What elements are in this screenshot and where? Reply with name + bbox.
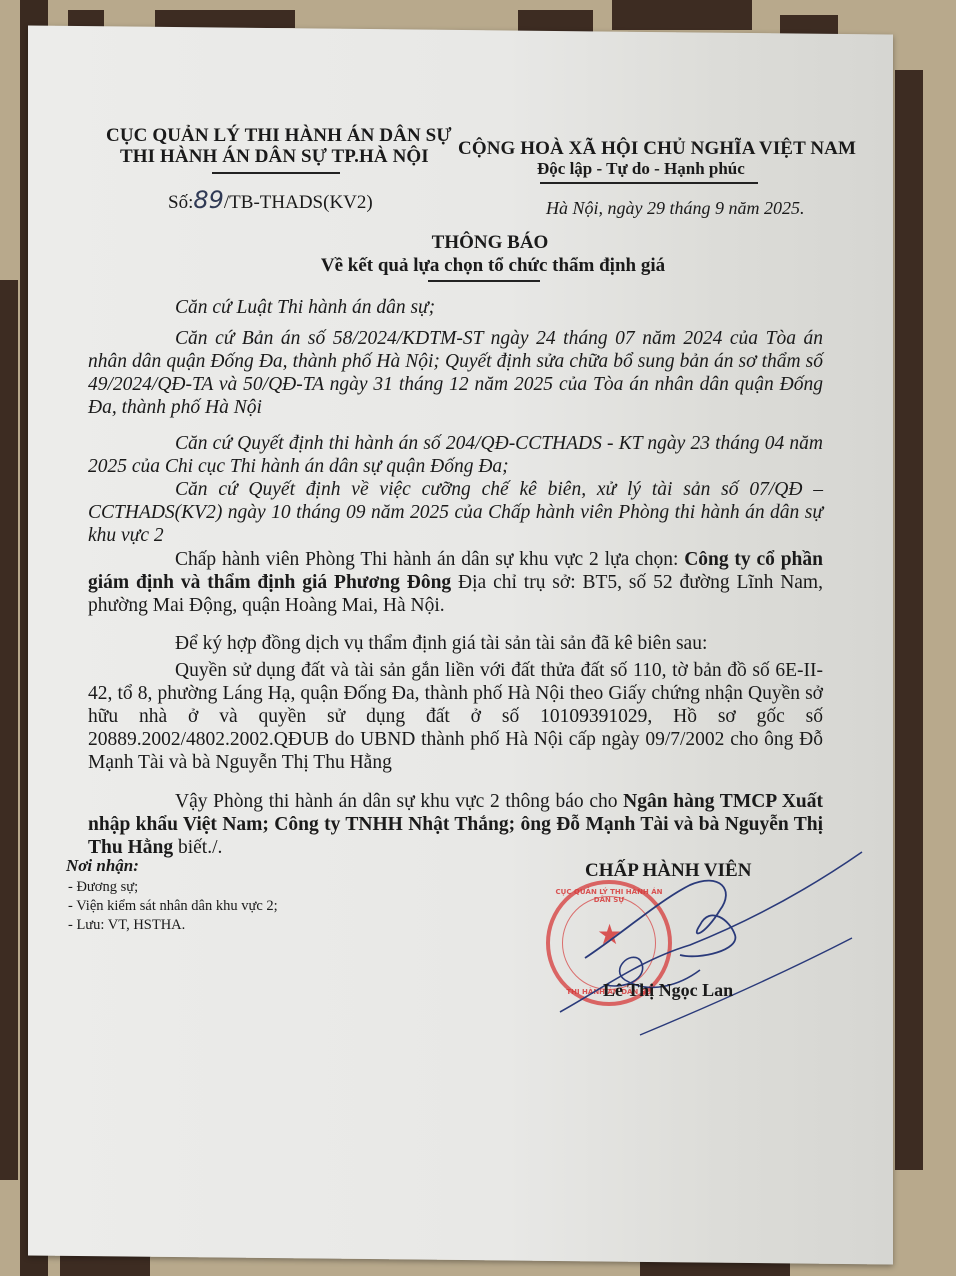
handwritten-signature-icon [0,0,956,1276]
document: CỤC QUẢN LÝ THI HÀNH ÁN DÂN SỰ THI HÀNH … [0,0,956,1276]
signer-name: Lê Thị Ngọc Lan [603,980,733,1001]
